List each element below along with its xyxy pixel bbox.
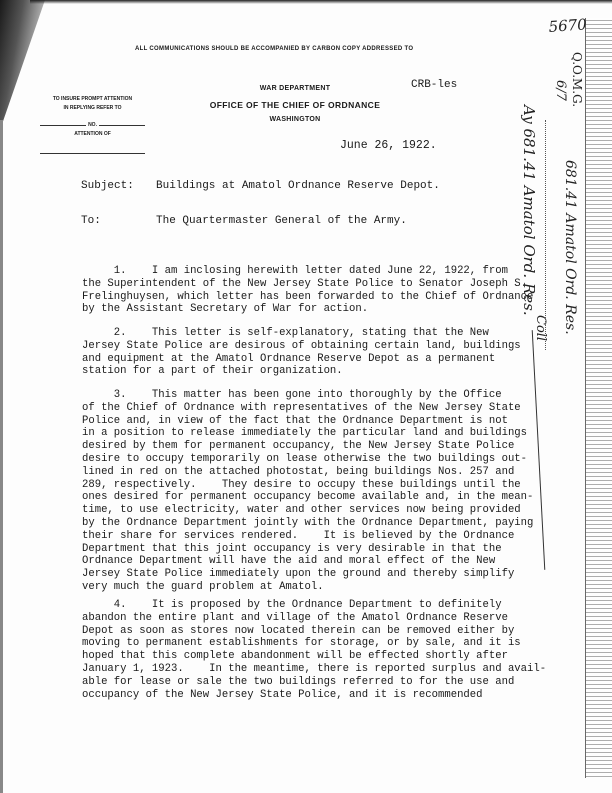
office-name: OFFICE OF THE CHIEF OF ORDNANCE [195, 100, 395, 110]
refer-no-label: NO. [88, 121, 97, 130]
letter-date: June 26, 1922. [340, 139, 437, 152]
handwritten-date-mark: 6/7 [553, 80, 568, 101]
document-page: ALL COMMUNICATIONS SHOULD BE ACCOMPANIED… [0, 0, 612, 793]
paragraph-1: 1. I am inclosing herewith letter dated … [82, 265, 517, 316]
to-value: The Quartermaster General of the Army. [156, 215, 407, 227]
subject-value: Buildings at Amatol Ordnance Reserve Dep… [156, 180, 440, 192]
paragraph-3: 3. This matter has been gone into thorou… [82, 389, 517, 594]
subject-line: Subject:Buildings at Amatol Ordnance Res… [81, 180, 440, 192]
refer-number-line: NO. [40, 121, 145, 130]
attention-line [40, 153, 145, 154]
office-city: WASHINGTON [195, 116, 395, 123]
scan-left-edge [0, 120, 3, 793]
to-line: To:The Quartermaster General of the Army… [81, 215, 407, 227]
letterhead-instruction: ALL COMMUNICATIONS SHOULD BE ACCOMPANIED… [135, 46, 413, 52]
subject-label: Subject: [81, 180, 156, 192]
refer-line-1: TO INSURE PROMPT ATTENTION [40, 95, 145, 104]
scan-top-edge [30, 0, 612, 4]
handwritten-file-reference: Ay 681.41 Amatol Ord. Res. [520, 105, 538, 316]
handwritten-qomg-stamp: Q.O.M.G. [570, 52, 584, 107]
to-label: To: [81, 215, 156, 227]
department-name: WAR DEPARTMENT [195, 85, 395, 92]
paragraph-4: 4. It is proposed by the Ordnance Depart… [82, 599, 517, 701]
attention-label: ATTENTION OF [40, 130, 145, 139]
reference-initials: CRB-les [411, 79, 457, 91]
refer-block: TO INSURE PROMPT ATTENTION IN REPLYING R… [40, 95, 145, 154]
handwritten-margin-note: 681.41 Amatol Ord. Res. [562, 160, 578, 335]
handwritten-file-number: 5670 [548, 15, 587, 36]
margin-dotted-line [545, 120, 546, 350]
binding-strip [585, 18, 612, 778]
paragraph-2: 2. This letter is self-explanatory, stat… [82, 327, 517, 378]
refer-line-2: IN REPLYING REFER TO [40, 104, 145, 113]
scan-corner-shadow [0, 0, 45, 130]
margin-pen-line [532, 330, 546, 570]
